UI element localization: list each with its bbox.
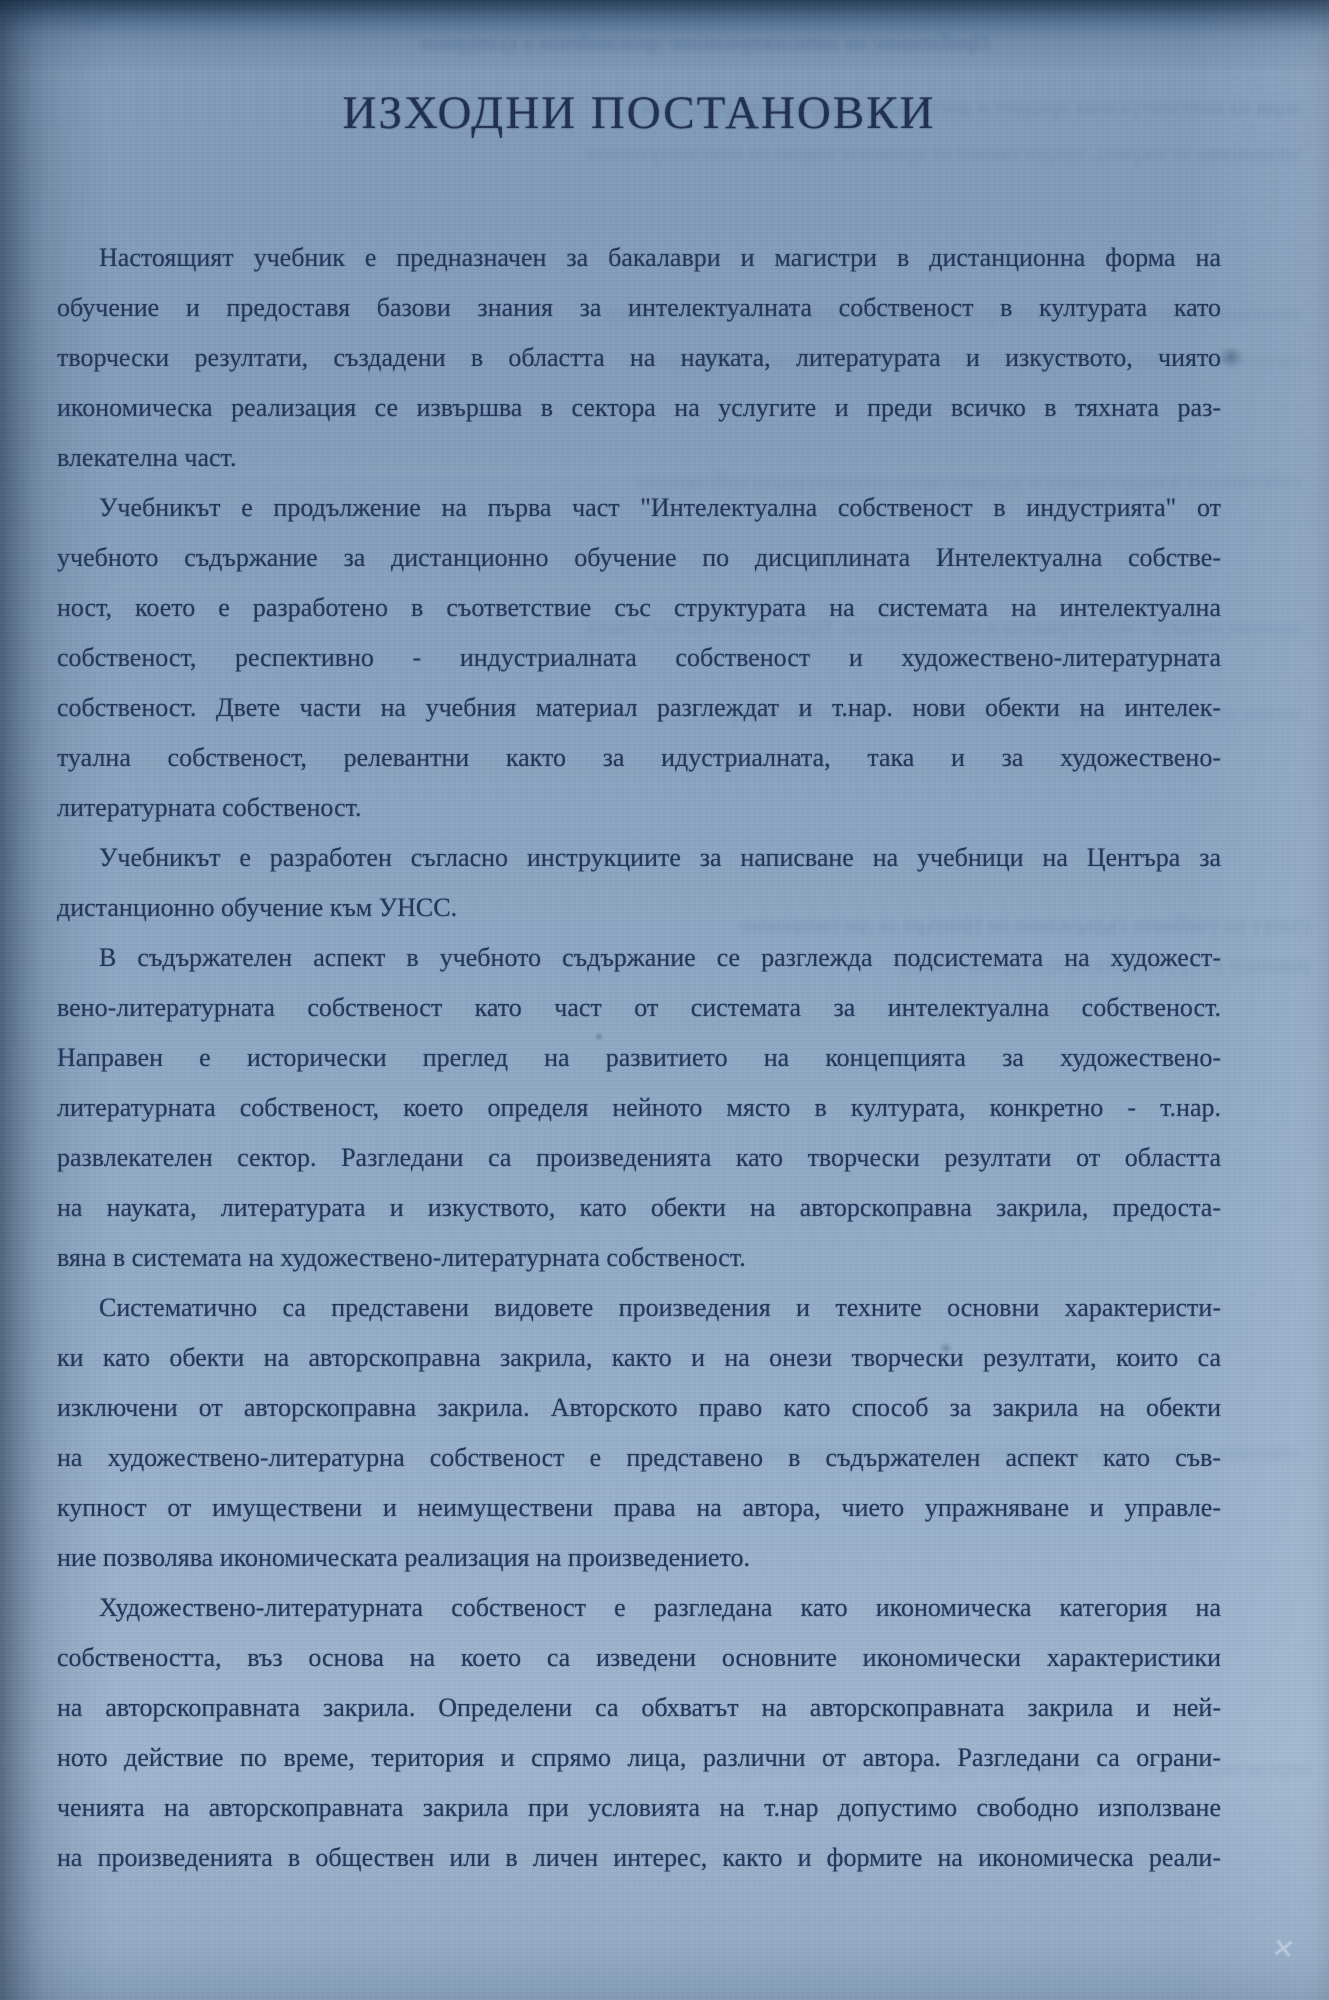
- corner-mark: ✕: [1270, 1933, 1297, 1967]
- text-line: ното действие по време, територия и спря…: [57, 1733, 1221, 1783]
- text-line: влекателна част.: [57, 433, 1221, 483]
- text-line: Направен е исторически преглед на развит…: [57, 1033, 1221, 1083]
- text-line: собствеността, въз основа на което са из…: [57, 1633, 1221, 1683]
- text-line: икономическа реализация се извършва в се…: [57, 383, 1221, 433]
- text-line: вено-литературната собственост като част…: [57, 983, 1221, 1033]
- text-line: собственост. Двете части на учебния мате…: [57, 683, 1221, 733]
- text-line: на авторскоправната закрила. Определени …: [57, 1683, 1221, 1733]
- text-line: собственост, респективно - индустриалнат…: [57, 633, 1221, 683]
- text-line: на художествено-литературна собственост …: [57, 1433, 1221, 1483]
- text-line: Художествено-литературната собственост е…: [57, 1583, 1221, 1633]
- text-line: ченията на авторскоправната закрила при …: [57, 1783, 1221, 1833]
- text-line: Учебникът е разработен съгласно инструкц…: [57, 833, 1221, 883]
- text-line: литературната собственост.: [57, 783, 1221, 833]
- text-line: учебното съдържание за дистанционно обуч…: [57, 533, 1221, 583]
- text-column: Настоящият учебник е предназначен за бак…: [57, 233, 1221, 1883]
- text-line: Систематично са представени видовете про…: [57, 1283, 1221, 1333]
- text-line: ки като обекти на авторскоправна закрила…: [57, 1333, 1221, 1383]
- text-line: вяна в системата на художествено-литерат…: [57, 1233, 1221, 1283]
- text-line: на произведенията в обществен или в личе…: [57, 1833, 1221, 1883]
- text-line: обучение и предоставя базови знания за и…: [57, 283, 1221, 333]
- text-line: Учебникът е продължение на първа част "И…: [57, 483, 1221, 533]
- dust-speck: [1218, 346, 1244, 368]
- text-line: изключени от авторскоправна закрила. Авт…: [57, 1383, 1221, 1433]
- text-line: на науката, литературата и изкуството, к…: [57, 1183, 1221, 1233]
- text-line: В съдържателен аспект в учебното съдържа…: [57, 933, 1221, 983]
- text-line: дистанционно обучение към УНСС.: [57, 883, 1221, 933]
- text-line: Настоящият учебник е предназначен за бак…: [57, 233, 1221, 283]
- text-line: ност, което е разработено в съответствие…: [57, 583, 1221, 633]
- text-line: литературната собственост, което определ…: [57, 1083, 1221, 1133]
- text-line: творчески резултати, създадени в областт…: [57, 333, 1221, 383]
- text-line: развлекателен сектор. Разгледани са прои…: [57, 1133, 1221, 1183]
- text-line: туална собственост, релевантни както за …: [57, 733, 1221, 783]
- text-line: ние позволява икономическата реализация …: [57, 1533, 1221, 1583]
- bleedthrough-line: механизми за закрила, предоставяни от пр…: [60, 140, 1300, 166]
- book-page-photo: Проблемите на интелектуалните произведен…: [0, 0, 1329, 2000]
- page-title: ИЗХОДНИ ПОСТАНОВКИ: [57, 86, 1221, 140]
- bleedthrough-line: Проблемите на интелектуалните произведен…: [210, 30, 990, 56]
- text-line: купност от имуществени и неимуществени п…: [57, 1483, 1221, 1533]
